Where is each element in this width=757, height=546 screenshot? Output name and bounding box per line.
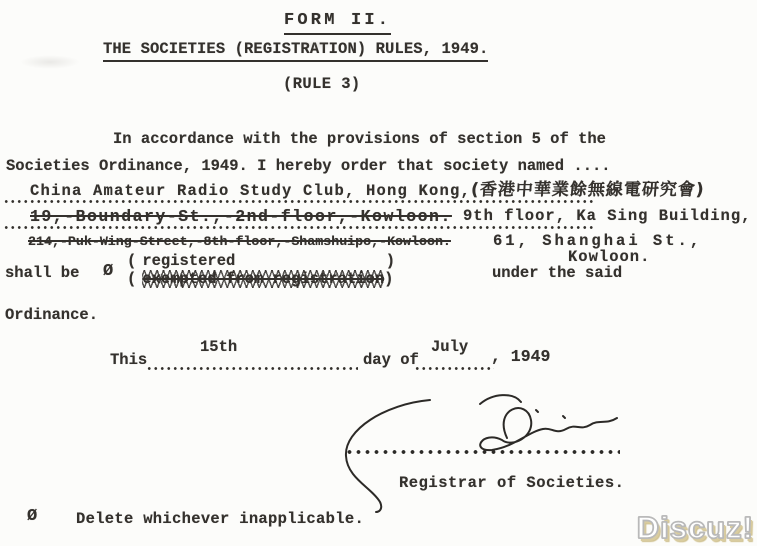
rule-subtitle: (RULE 3) [283,76,361,93]
paren-close-2: ) [384,270,393,288]
option-registered-row: (registered ) [127,253,395,271]
under-said-label: under the said [492,265,622,282]
ordinance-label: Ordinance. [5,307,98,324]
dotted-line-2 [3,224,595,229]
discuz-watermark: Discuz! [637,511,754,545]
date-day-value: 15th [200,339,237,356]
footnote-mark: Ø [27,508,37,527]
options-block: (registered ) (exempted from registratio… [127,253,395,289]
date-dotted-line-1 [146,365,358,370]
old-address-2-struck: 214,-Puk-Wing-Street,-8th-floor,-Shamshu… [28,235,451,250]
dotted-line-1 [3,198,593,203]
date-middle: day of [363,352,419,369]
intro-line-2: Societies Ordinance, 1949. I hereby orde… [6,158,611,175]
option-exempted-struck: (exempted from registration) [127,271,393,289]
scanned-form-page: FORM II. THE SOCIETIES (REGISTRATION) RU… [0,0,757,546]
signature-dotted-line [345,448,620,454]
footnote-text: Delete whichever inapplicable. [76,511,364,528]
scan-smudge [295,40,335,50]
paren-open-1: ( [127,252,136,270]
society-name-chinese: (香港中華業餘無線電研究會) [470,181,705,200]
option-exempted-row: (exempted from registration) [127,271,395,289]
paren-close-1: ) [386,253,395,271]
reference-mark: Ø [103,263,113,282]
shall-be-label: shall be [5,265,79,282]
intro-line-1: In accordance with the provisions of sec… [113,131,606,148]
new-address-line-1: 9th floor, Ka Sing Building, [463,208,751,225]
paren-open-2: ( [127,270,136,288]
date-dotted-line-2 [414,365,494,370]
date-prefix: This [110,352,147,369]
registrar-title: Registrar of Societies. [399,475,624,492]
option-registered: (registered [127,253,235,271]
scan-smudge [20,55,80,69]
date-year: , 1949 [491,348,550,366]
form-title: FORM II. [284,12,391,35]
date-month-value: July [431,339,468,356]
